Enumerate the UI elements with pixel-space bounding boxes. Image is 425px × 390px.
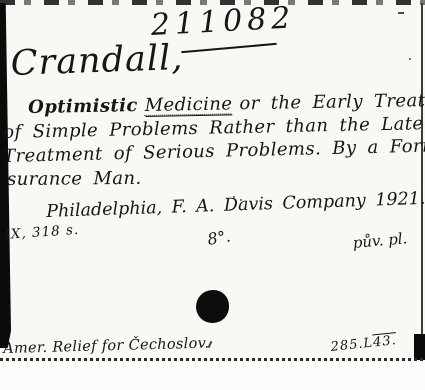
ink-speckle bbox=[409, 58, 411, 60]
ink-speckle bbox=[398, 12, 404, 14]
catalog-card-scan: 211082 Crandall, OptimisticMedicineor th… bbox=[0, 0, 425, 390]
title-line-4: surance Man. bbox=[7, 168, 142, 190]
scan-bottom-dots bbox=[0, 358, 425, 361]
scan-right-edge bbox=[421, 3, 423, 360]
title-word-optimistic: Optimistic bbox=[28, 95, 138, 118]
scan-right-blob bbox=[414, 334, 425, 360]
ink-speckle bbox=[233, 196, 235, 198]
title-line-1-rest: or the Early Treatment bbox=[239, 89, 425, 114]
ink-speckle bbox=[240, 199, 242, 201]
title-word-medicine: Medicine bbox=[145, 93, 233, 117]
hole-punch bbox=[196, 290, 229, 323]
shelf-mark-overlined: 43. bbox=[372, 333, 397, 350]
author-name: Crandall, bbox=[10, 38, 184, 84]
format-note: 8°. bbox=[206, 226, 232, 248]
